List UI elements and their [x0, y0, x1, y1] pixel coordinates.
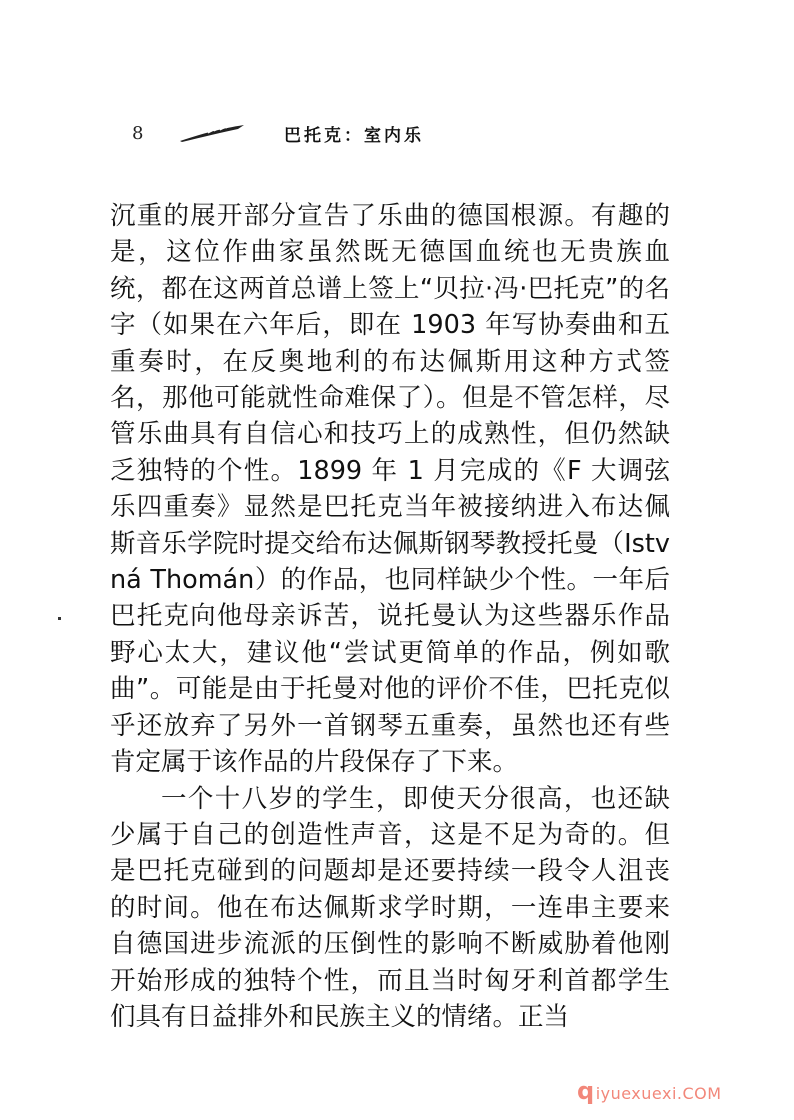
watermark: q iyuexuexi.COM: [577, 1077, 722, 1105]
body-text: 沉重的展开部分宣告了乐曲的德国根源。有趣的是，这位作曲家虽然既无德国血统也无贵族…: [110, 198, 670, 1035]
paragraph: 一个十八岁的学生，即使天分很高，也还缺少属于自己的创造性声音，这是不足为奇的。但…: [110, 781, 670, 1036]
page-number: 8: [132, 123, 172, 144]
running-title: 巴托克：室内乐: [284, 121, 424, 146]
margin-mark: [58, 617, 61, 620]
page-header: 8 巴托克：室内乐: [132, 118, 424, 148]
watermark-text: iyuexuexi.COM: [596, 1084, 722, 1103]
paragraph: 沉重的展开部分宣告了乐曲的德国根源。有趣的是，这位作曲家虽然既无德国血统也无贵族…: [110, 198, 670, 781]
watermark-logo-letter: q: [577, 1077, 595, 1105]
quill-pen-icon: [178, 123, 248, 143]
